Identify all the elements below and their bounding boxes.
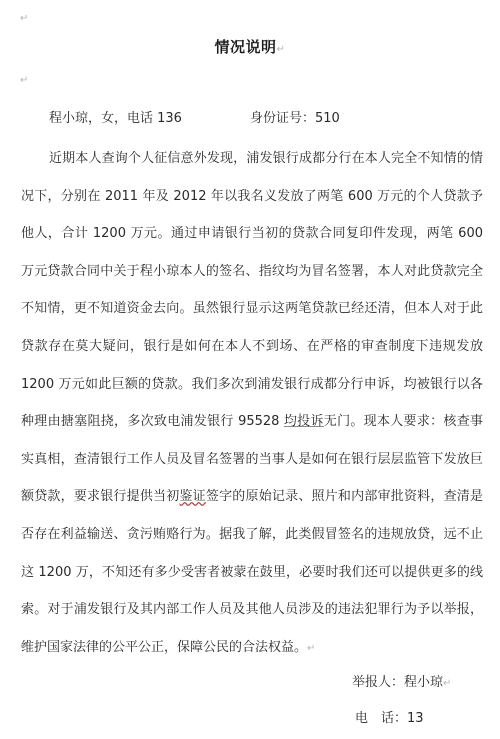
paragraph-mark: ↵ — [20, 76, 28, 86]
personal-info-line: 程小琼，女，电话 136 身份证号：510 — [49, 107, 182, 126]
document-title: 情况说明↵ — [0, 36, 500, 57]
title-text: 情况说明 — [215, 38, 277, 56]
body-paragraph: 近期本人查询个人征信意外发现，浦发银行成都分行在本人完全不知情的情况下，分别在 … — [21, 140, 483, 667]
signature-phone: 电 话：13 — [355, 707, 424, 726]
body-text-part1: 近期本人查询个人征信意外发现，浦发银行成都分行在本人完全不知情的情况下，分别在 … — [21, 151, 483, 429]
id-number-label: 身份证号：510 — [250, 107, 340, 126]
paragraph-mark: ↵ — [307, 643, 315, 654]
signature-reporter: 举报人：程小琼↵ — [352, 671, 451, 690]
name-gender-phone: 程小琼，女，电话 136 — [49, 111, 182, 126]
paragraph-mark: ↵ — [443, 678, 451, 689]
paragraph-mark: ↵ — [277, 44, 286, 55]
paragraph-mark: ↵ — [20, 14, 28, 24]
paragraph-mark: ↵ — [20, 642, 28, 652]
reporter-phone: 电 话：13 — [355, 711, 424, 726]
spellcheck-underlined-text: 鉴证 — [179, 489, 205, 504]
reporter-name: 举报人：程小琼 — [352, 675, 443, 690]
body-text-part3: 签字的原始记录、照片和内部审批资料，查清是否存在利益输送、贪污贿赂行为。据我了解… — [21, 489, 483, 654]
underlined-text-complaint: 均投诉 — [284, 414, 324, 429]
